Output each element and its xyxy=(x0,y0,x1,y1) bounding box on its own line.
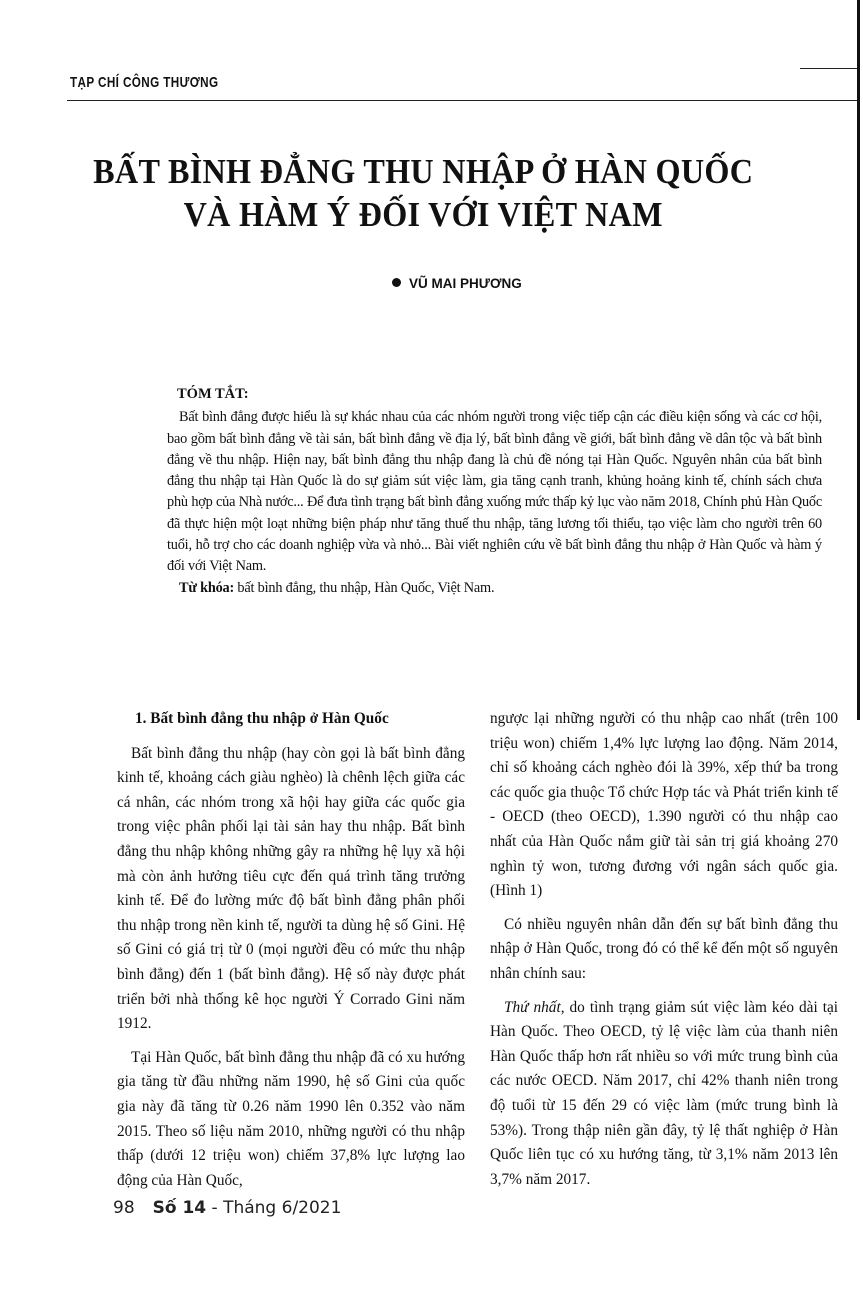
keywords-label: Từ khóa: xyxy=(179,580,234,596)
author-byline: VŨ MAI PHƯƠNG xyxy=(392,276,522,291)
paragraph-lead: Thứ nhất, xyxy=(504,999,565,1016)
header-divider xyxy=(67,100,857,101)
paragraph: Có nhiều nguyên nhân dẫn đến sự bất bình… xyxy=(490,913,838,987)
author-name: VŨ MAI PHƯƠNG xyxy=(409,276,522,291)
body-column-right: ngược lại những người có thu nhập cao nh… xyxy=(490,707,838,1201)
title-line-2: VÀ HÀM Ý ĐỐI VỚI VIỆT NAM xyxy=(0,193,846,236)
paragraph: Tại Hàn Quốc, bất bình đẳng thu nhập đã … xyxy=(117,1046,465,1194)
issue-number: Số 14 xyxy=(153,1198,207,1218)
page-footer: 98Số 14 - Tháng 6/2021 xyxy=(113,1198,341,1218)
paragraph-continued: ngược lại những người có thu nhập cao nh… xyxy=(490,707,838,904)
journal-header: TẠP CHÍ CÔNG THƯƠNG xyxy=(70,74,218,91)
bullet-icon xyxy=(392,278,401,287)
keywords: Từ khóa: bất bình đẳng, thu nhập, Hàn Qu… xyxy=(167,578,822,599)
abstract-heading: TÓM TẮT: xyxy=(177,384,822,405)
page-number: 98 xyxy=(113,1198,135,1218)
body-column-left: 1. Bất bình đẳng thu nhập ở Hàn Quốc Bất… xyxy=(117,707,465,1202)
title-line-1: BẤT BÌNH ĐẲNG THU NHẬP Ở HÀN QUỐC xyxy=(0,150,846,193)
article-title: BẤT BÌNH ĐẲNG THU NHẬP Ở HÀN QUỐC VÀ HÀM… xyxy=(0,150,846,236)
paragraph: Bất bình đẳng thu nhập (hay còn gọi là b… xyxy=(117,742,465,1037)
abstract-body: Bất bình đẳng được hiểu là sự khác nhau … xyxy=(167,407,822,577)
section-heading: 1. Bất bình đẳng thu nhập ở Hàn Quốc xyxy=(135,707,465,732)
keywords-list: bất bình đẳng, thu nhập, Hàn Quốc, Việt … xyxy=(234,580,494,596)
margin-rule-top xyxy=(800,68,860,69)
abstract-block: TÓM TẮT: Bất bình đẳng được hiểu là sự k… xyxy=(167,384,822,599)
paragraph: Thứ nhất, do tình trạng giảm sút việc là… xyxy=(490,996,838,1193)
issue-date: - Tháng 6/2021 xyxy=(206,1198,341,1218)
margin-bar xyxy=(857,0,860,720)
